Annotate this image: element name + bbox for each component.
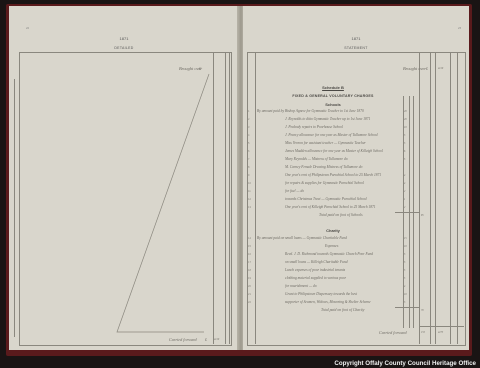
schedule-title: Schedule B xyxy=(243,85,423,90)
entry-amount: 4 xyxy=(404,182,405,185)
entry-text: Miss Vernon for assistant teacher — Gymn… xyxy=(285,141,366,145)
line-number: 22 xyxy=(248,301,251,304)
entry-amount: 10 xyxy=(404,293,407,296)
line-number: 9 xyxy=(248,174,249,177)
entry-text: on small loans — Killeigh Charitable Fun… xyxy=(285,260,348,264)
schools-total-label: Total paid on foot of Schools xyxy=(319,213,363,217)
header-year: 1871 xyxy=(243,36,469,41)
entry-text: Expenses xyxy=(325,244,338,248)
pence-column xyxy=(435,52,436,344)
entry-amount: 10 xyxy=(404,126,407,129)
line-number: 7 xyxy=(248,158,249,161)
cancellation-stroke xyxy=(9,6,239,350)
section-title-schools: Schools xyxy=(243,102,423,107)
line-number: 20 xyxy=(248,285,251,288)
entry-text: J. Pearcy allowance for one year as Mast… xyxy=(285,133,378,137)
entry-text: By amount paid on small loans — Gymnasti… xyxy=(257,236,347,240)
line-number: 8 xyxy=(248,166,249,169)
entry-amount: 20 xyxy=(404,110,407,113)
entry-amount: 2 xyxy=(404,190,405,193)
entry-text: One year's rent of Killeigh Parochial Sc… xyxy=(285,205,376,209)
entry-amount: 4 xyxy=(404,174,405,177)
line-number: 12 xyxy=(248,198,251,201)
subtotal-rule xyxy=(395,212,419,213)
entry-amount: 1 xyxy=(404,198,405,201)
entry-amount: 5 xyxy=(404,277,405,280)
total-pounds-column xyxy=(450,52,451,344)
entry-amount: 5 xyxy=(404,253,405,256)
line-number: 5 xyxy=(248,142,249,145)
entry-amount: 15 xyxy=(404,237,407,240)
entry-text: clothing material supplied to various po… xyxy=(285,276,346,280)
charity-total-label: Total paid on foot of Charity xyxy=(321,308,364,312)
brought-forward-label: Brought over xyxy=(403,66,426,71)
charity-total-amount: 70 xyxy=(421,309,424,312)
line-number: 1 xyxy=(248,110,249,113)
entry-amount: 4 xyxy=(404,285,405,288)
entry-text: supporter of Seamen, Widows, Mourning & … xyxy=(285,300,371,304)
entry-text: towards Christmas Treat — Gymnastic Paro… xyxy=(285,197,367,201)
entry-text: James Madden allowance for one year as M… xyxy=(285,149,383,153)
line-number: 3 xyxy=(248,126,249,129)
line-number: 19 xyxy=(248,277,251,280)
schools-total-amount: 85 xyxy=(421,214,424,217)
line-number: 10 xyxy=(248,182,251,185)
entry-text: Grant to Philipstown Dispensary towards … xyxy=(285,292,357,296)
entry-amount: 5 xyxy=(404,142,405,145)
line-number: 11 xyxy=(248,190,251,193)
subtotal-rule xyxy=(395,307,419,308)
line-number: 6 xyxy=(248,150,249,153)
currency-symbol: £ xyxy=(426,66,428,71)
entry-amount: 5 xyxy=(404,269,405,272)
entry-text: Revd. J. D. Richmond towards Gymnastic C… xyxy=(285,252,373,256)
entry-amount: 6 xyxy=(404,150,405,153)
entry-amount: 2 xyxy=(404,206,405,209)
carried-forward-label: Carried forward xyxy=(169,337,197,342)
page-header: 1871 STATEMENT xyxy=(243,36,469,50)
total-rule xyxy=(419,326,464,327)
entry-amount: 20 xyxy=(404,118,407,121)
currency-symbol: £ xyxy=(205,337,207,342)
line-number: 15 xyxy=(248,245,251,248)
line-number: 21 xyxy=(248,293,251,296)
line-number: 17 xyxy=(248,261,251,264)
entry-text: Mary Reynolds — Mistress of Tullamore do xyxy=(285,157,348,161)
section-title-charity: Charity xyxy=(243,228,423,233)
entry-text: By amount paid by Bishop Agnew for Gymna… xyxy=(257,109,364,113)
header-label: STATEMENT xyxy=(243,46,469,50)
carried-forward-amount: 4120 xyxy=(214,338,219,341)
shillings-column xyxy=(430,52,431,344)
carried-forward-total: 4275 xyxy=(438,331,443,334)
entry-amount: 5 xyxy=(404,158,405,161)
left-page: 22 1871 DETAILED Brought over £ Carried … xyxy=(9,6,239,350)
entry-amount: 5 xyxy=(404,261,405,264)
line-number: 18 xyxy=(248,269,251,272)
copyright-notice: Copyright Offaly County Council Heritage… xyxy=(334,360,476,367)
brought-forward-amount: 4120 xyxy=(438,67,443,70)
line-number: 4 xyxy=(248,134,249,137)
entry-text: J. Peabody repairs to Poorhouse School xyxy=(285,125,343,129)
line-number: 2 xyxy=(248,118,249,121)
entry-amount: 5 xyxy=(404,301,405,304)
entry-text: M. Carney Female Drawing Mistress of Tul… xyxy=(285,165,362,169)
entry-text: Lunch expenses of poor industrial tenant… xyxy=(285,268,345,272)
entry-amount: 10 xyxy=(404,245,407,248)
carried-forward-subtotal: 155 xyxy=(421,331,425,334)
right-page: 23 1871 STATEMENT Brought over £ 4120 Sc… xyxy=(243,6,469,350)
entry-text: J. Reynolds to ditto Gymnastic Teacher u… xyxy=(285,117,370,121)
schedule-subtitle: FIXED & GENERAL VOLUNTARY CHARGES xyxy=(243,94,423,98)
line-number: 16 xyxy=(248,253,251,256)
entry-text: for nourishment — do xyxy=(285,284,317,288)
entry-text: for fuel — do xyxy=(285,189,304,193)
page-number: 23 xyxy=(458,26,461,30)
entry-amount: 5 xyxy=(404,134,405,137)
entry-text: One year's rent of Philipstown Parochial… xyxy=(285,173,381,177)
carried-forward-label: Carried forward xyxy=(379,330,407,335)
total-pence-column xyxy=(457,52,458,344)
line-number: 13 xyxy=(248,206,251,209)
entry-text: for repairs & supplies for Gymnastic Par… xyxy=(285,181,364,185)
line-number: 14 xyxy=(248,237,251,240)
